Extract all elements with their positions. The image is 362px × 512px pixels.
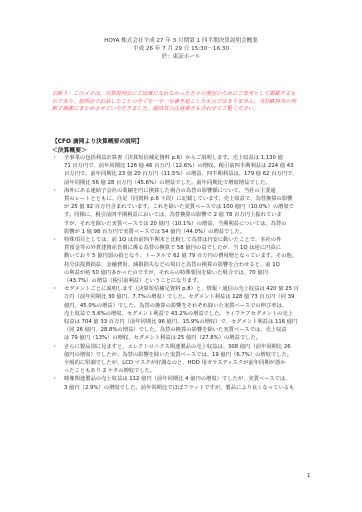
- text-line: は 79 億円（13%）の増収、セグメント利益は 25 億円（27.8%）の増益…: [64, 334, 314, 342]
- text-line: 映像関連製品の売上収益は 112 億円（前年同期比 4 億円の増収）でしたが、実…: [64, 375, 314, 383]
- list-item: ・ 映像関連製品の売上収益は 112 億円（前年同期比 4 億円の増収）でしたが…: [52, 375, 314, 391]
- text-line: 売上収益で 5.6%の増収、セグメント利益で 43.2%の増益でした。ライフケア…: [64, 310, 314, 318]
- list-item: ・ 特殊項目としては、前 1Q は直前四半期末と比較して為替は円安に動いたことで…: [52, 236, 314, 285]
- text-line: セグメントごとに説明します（決算短信補足資料 p.8）と、情報・通信の売上収益は…: [64, 285, 314, 293]
- page-number: 1: [307, 473, 311, 479]
- text-line: ったこともあり 2 ケタの増収でした。: [64, 367, 314, 375]
- summary-list: ・ 全事業の包括利益計算書（決算短信補足資料 p.6）からご説明します。売上収益…: [52, 154, 314, 392]
- disclaimer-line: 断で簡潔にまとめさせていただきました。最終頁の注意書きも合わせてご覧ください。: [52, 106, 314, 114]
- list-item: ・ 全事業の包括利益計算書（決算短信補足資料 p.6）からご説明します。売上収益…: [52, 154, 314, 187]
- text-line: 71 百万円で、前年同期比 126 億 46 百万円（12.6%）の増収。税引前…: [64, 162, 314, 170]
- event-venue: 於：東証ホール: [0, 53, 362, 61]
- event-date: 平成 26 年 7 月 29 日 15:30〜16:30: [0, 45, 362, 53]
- text-line: 全般的に堅調でしたが、LCD マスクが好調なのと、HDD 用ガラスディスクが前年…: [64, 359, 314, 367]
- bullet-icon: ・: [52, 375, 58, 383]
- text-line: す。同様に、税引前四半期利益においては、為替換算の影響で 2 億 78 百万円上…: [64, 211, 314, 219]
- text-line: の利益が約 50 億円多かったのですが、それらの特殊要因を除いた場合では、70 …: [64, 269, 314, 277]
- text-line: 持分法投資損益、金融費用、減損損失などの項目と為替の換算の影響を合わせると、前 …: [64, 261, 314, 269]
- text-line: （同 26 億円、28.8%の増益）でした。為替の換算の影響を除いた実質ベースで…: [64, 326, 314, 334]
- text-line: （43.7%）の増益（税引前利益）ということになります。: [64, 277, 314, 285]
- text-line: 貨のレートとともに、注記（同資料 p.6 下段）に記載しています。売上収益で、為…: [64, 195, 314, 203]
- text-line: 影響が 1 億 98 百万円で実質ベースでは 54 億円（44.0%）の増益でし…: [64, 228, 314, 236]
- text-line: 全事業の包括利益計算書（決算短信補足資料 p.6）からご説明します。売上収益は …: [64, 154, 314, 162]
- section-heading: 【CFO 廣岡より決算概要の説明】: [52, 136, 143, 145]
- text-line: 万円（前年同期比 30 億円、7.7%の増収）でした。セグメント利益は 128 …: [64, 293, 314, 301]
- list-item: ・ さらに製品別に見ますと、エレクトロニクス関連製品の売上収益は、308 億円（…: [52, 343, 314, 376]
- text-line: 貨預金等の外貨建資産負債に係る為替の換算で 58 億円の益でしたが、当 1Q は…: [64, 244, 314, 252]
- text-line: 収益は 704 億 33 百万円（前年同期比 96 億円、15.9%の増収）で、…: [64, 318, 314, 326]
- bullet-icon: ・: [52, 285, 58, 293]
- bullet-icon: ・: [52, 154, 58, 162]
- disclaimer-line: お断り：このメモは、決算説明会にご出席になれなかった方々の便宜のためにご参考とし…: [52, 91, 314, 99]
- document-page: HOYA 株式会社平成 27 年 3 月期第 1 四半期決算説明会概要 平成 2…: [0, 0, 362, 512]
- text-line: が 25 億 92 百万円含まれています。これを除いた実質ベースでは 100 億…: [64, 203, 314, 211]
- text-line: さらに製品別に見ますと、エレクトロニクス関連製品の売上収益は、308 億円（前年…: [64, 343, 314, 351]
- text-line: 億円、45.0%の増益）でした。為替の換算の影響をそれぞれ除いた実質ベースでの伸…: [64, 302, 314, 310]
- text-line: 動いており 5 億円弱の損となり、トータルで 62 億 79 百万円の費用増とな…: [64, 252, 314, 260]
- text-line: 前年同期比 56 億 28 百万円（45.6%）の増益でした。前年同期比で増収増…: [64, 179, 314, 187]
- bullet-icon: ・: [52, 187, 58, 195]
- text-line: 特殊項目としては、前 1Q は直前四半期末と比較して為替は円安に動いたことで、本…: [64, 236, 314, 244]
- text-line: 百万円で、前年同期比 23 億 20 百万円（11.5%）の増益、四半期利益は、…: [64, 170, 314, 178]
- text-line: 海外にある連結子会社の業績を円に換算した場合の為替の影響額について、当社の主要通: [64, 187, 314, 195]
- bullet-icon: ・: [52, 343, 58, 351]
- text-line: 億円の増収）でしたが、為替の影響を除いた実質ベースでは、19 億円（6.7%）の…: [64, 351, 314, 359]
- text-line: 3 億円（2.9%）の増収でした。前年同期比でほぼフラットですが、製品により良く…: [64, 384, 314, 392]
- list-item: ・ 海外にある連結子会社の業績を円に換算した場合の為替の影響額について、当社の主…: [52, 187, 314, 236]
- disclaimer-notice: お断り：このメモは、決算説明会にご出席になれなかった方々の便宜のためにご参考とし…: [52, 91, 314, 114]
- document-title: HOYA 株式会社平成 27 年 3 月期第 1 四半期決算説明会概要: [0, 37, 362, 45]
- section-subheading: ＜決算概要＞: [52, 145, 87, 154]
- bullet-icon: ・: [52, 236, 58, 244]
- text-line: すが、それを除いた実質ベースでは 20 億円（10.1%）の増益、当期利益につい…: [64, 220, 314, 228]
- list-item: ・ セグメントごとに説明します（決算短信補足資料 p.8）と、情報・通信の売上収…: [52, 285, 314, 342]
